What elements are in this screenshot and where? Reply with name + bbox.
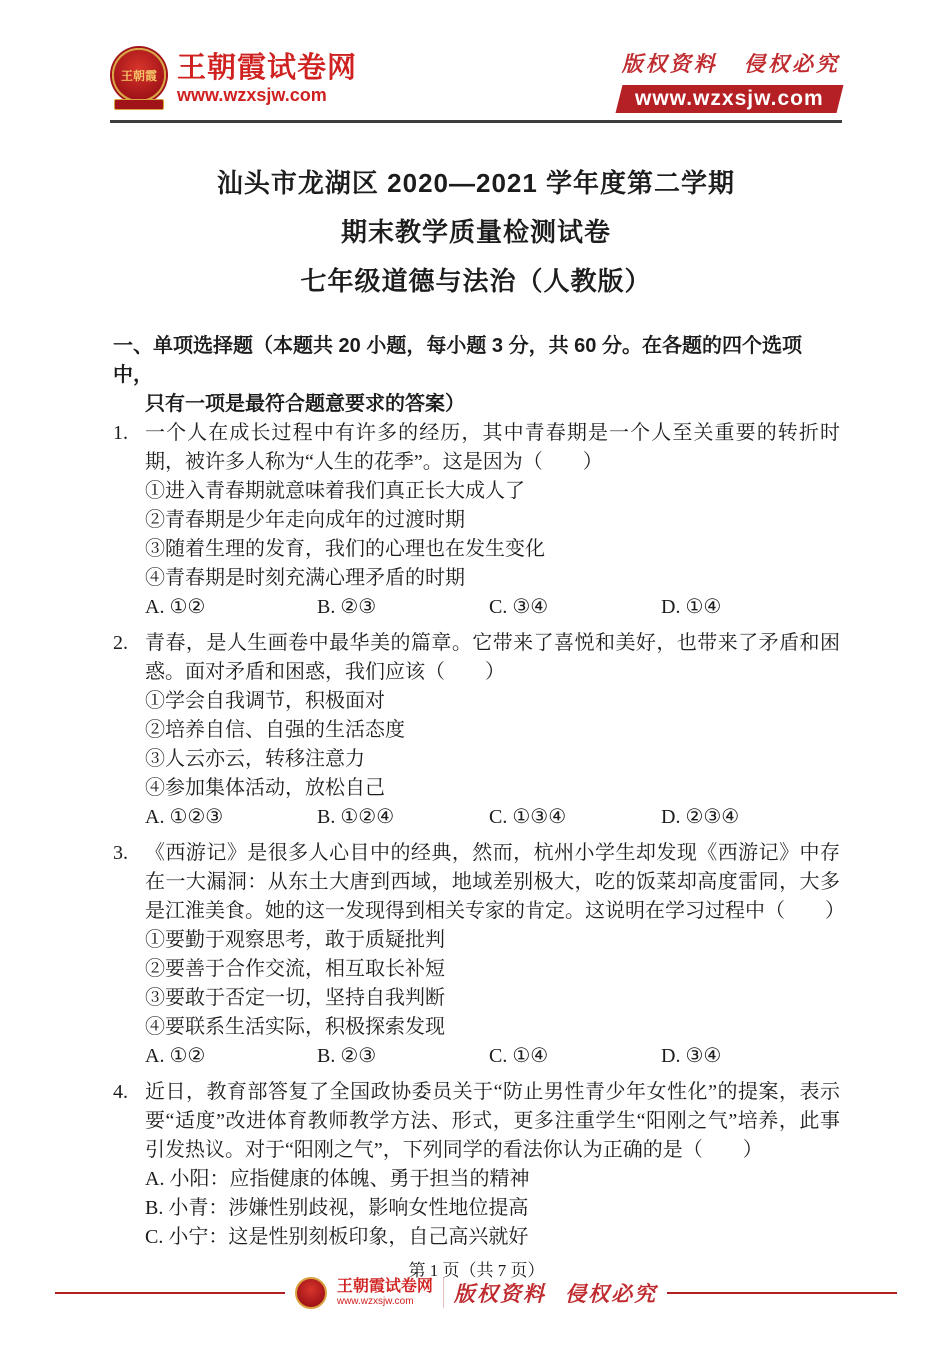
brand-name: 王朝霞试卷网 [177, 53, 357, 83]
question-2-choice-b: B. ①②④ [317, 803, 489, 832]
footer-line-right [667, 1292, 897, 1294]
question-3-item-4: ④要联系生活实际，积极探索发现 [113, 1013, 840, 1042]
question-2-choice-d: D. ②③④ [661, 803, 739, 832]
page-header: 王朝霞 王朝霞试卷网 www.wzxsjw.com 版权资料 侵权必究 www.… [0, 0, 952, 114]
question-3-number: 3. [113, 839, 145, 926]
question-1-choice-a: A. ①② [145, 593, 317, 622]
question-3-choice-d: D. ③④ [661, 1042, 721, 1071]
question-3: 3. 《西游记》是很多人心目中的经典，然而，杭州小学生却发现《西游记》中存在一大… [113, 839, 840, 1071]
question-3-item-1: ①要勤于观察思考，敢于质疑批判 [113, 926, 840, 955]
question-1-choice-d: D. ①④ [661, 593, 721, 622]
question-4-number: 4. [113, 1078, 145, 1165]
footer-divider [443, 1278, 444, 1308]
question-3-item-2: ②要善于合作交流，相互取长补短 [113, 955, 840, 984]
url-banner-text: www.wzxsjw.com [635, 87, 824, 111]
exam-title-line1: 汕头市龙湖区 2020—2021 学年度第二学期 [0, 159, 952, 208]
question-2-item-2: ②培养自信、自强的生活态度 [113, 716, 840, 745]
exam-body: 一、单项选择题（本题共 20 小题，每小题 3 分，共 60 分。在各题的四个选… [0, 306, 952, 1283]
section-heading: 一、单项选择题（本题共 20 小题，每小题 3 分，共 60 分。在各题的四个选… [113, 332, 840, 419]
footer-brand-name: 王朝霞试卷网 [337, 1279, 433, 1295]
question-1-item-3: ③随着生理的发育，我们的心理也在发生变化 [113, 535, 840, 564]
question-4: 4. 近日，教育部答复了全国政协委员关于“防止男性青少年女性化”的提案，表示要“… [113, 1078, 840, 1252]
brand-url: www.wzxsjw.com [177, 86, 357, 105]
question-2-number: 2. [113, 629, 145, 687]
question-3-choices: A. ①② B. ②③ C. ①④ D. ③④ [113, 1042, 840, 1071]
exam-title-line3: 七年级道德与法治（人教版） [0, 257, 952, 306]
footer-brand-bar: 王朝霞试卷网 www.wzxsjw.com 版权资料 侵权必究 [55, 1277, 897, 1309]
question-4-choice-a: A. 小阳：应指健康的体魄、勇于担当的精神 [113, 1165, 840, 1194]
section-heading-line2: 只有一项是最符合题意要求的答案） [113, 390, 840, 419]
exam-title-block: 汕头市龙湖区 2020—2021 学年度第二学期 期末教学质量检测试卷 七年级道… [0, 159, 952, 306]
question-3-stem: 《西游记》是很多人心目中的经典，然而，杭州小学生却发现《西游记》中存在一大漏洞：… [145, 839, 840, 926]
question-2-item-4: ④参加集体活动，放松自己 [113, 774, 840, 803]
brand-badge-ring: 王朝霞 [112, 48, 166, 102]
question-4-choice-b: B. 小青：涉嫌性别歧视，影响女性地位提高 [113, 1194, 840, 1223]
question-3-choice-c: C. ①④ [489, 1042, 661, 1071]
question-2-choice-a: A. ①②③ [145, 803, 317, 832]
question-4-choice-c: C. 小宁：这是性别刻板印象，自己高兴就好 [113, 1223, 840, 1252]
question-1-choices: A. ①② B. ②③ C. ③④ D. ①④ [113, 593, 840, 622]
question-2-item-3: ③人云亦云，转移注意力 [113, 745, 840, 774]
brand-badge-icon: 王朝霞 [110, 48, 168, 110]
footer-copyright-slogan: 版权资料 侵权必究 [454, 1278, 657, 1308]
question-1-number: 1. [113, 419, 145, 477]
section-heading-line1: 一、单项选择题（本题共 20 小题，每小题 3 分，共 60 分。在各题的四个选… [113, 332, 840, 390]
question-1: 1. 一个人在成长过程中有许多的经历，其中青春期是一个人至关重要的转折时期，被许… [113, 419, 840, 622]
question-2-choice-c: C. ①③④ [489, 803, 661, 832]
question-3-choice-b: B. ②③ [317, 1042, 489, 1071]
brand-logo: 王朝霞 王朝霞试卷网 www.wzxsjw.com [110, 48, 357, 110]
question-2-choices: A. ①②③ B. ①②④ C. ①③④ D. ②③④ [113, 803, 840, 832]
question-2-stem: 青春，是人生画卷中最华美的篇章。它带来了喜悦和美好，也带来了矛盾和困惑。面对矛盾… [145, 629, 840, 687]
question-1-stem: 一个人在成长过程中有许多的经历，其中青春期是一个人至关重要的转折时期，被许多人称… [145, 419, 840, 477]
question-3-item-3: ③要敢于否定一切，坚持自我判断 [113, 984, 840, 1013]
exam-paper-page: 王朝霞 王朝霞试卷网 www.wzxsjw.com 版权资料 侵权必究 www.… [0, 0, 952, 1347]
copyright-slogan: 版权资料 侵权必究 [619, 48, 840, 78]
question-1-item-1: ①进入青春期就意味着我们真正长大成人了 [113, 477, 840, 506]
question-1-item-2: ②青春期是少年走向成年的过渡时期 [113, 506, 840, 535]
footer-line-left [55, 1292, 285, 1294]
question-2-item-1: ①学会自我调节，积极面对 [113, 687, 840, 716]
question-1-choice-c: C. ③④ [489, 593, 661, 622]
footer-brand-text: 王朝霞试卷网 www.wzxsjw.com [337, 1279, 433, 1307]
footer-badge-icon [295, 1277, 327, 1309]
question-3-choice-a: A. ①② [145, 1042, 317, 1071]
header-divider [110, 120, 842, 123]
question-1-item-4: ④青春期是时刻充满心理矛盾的时期 [113, 564, 840, 593]
question-2: 2. 青春，是人生画卷中最华美的篇章。它带来了喜悦和美好，也带来了矛盾和困惑。面… [113, 629, 840, 832]
copyright-block: 版权资料 侵权必究 www.wzxsjw.com [619, 48, 840, 113]
footer-brand-url: www.wzxsjw.com [337, 1297, 433, 1307]
brand-text-block: 王朝霞试卷网 www.wzxsjw.com [177, 53, 357, 104]
brand-badge-ribbon [114, 99, 164, 110]
brand-badge-text: 王朝霞 [121, 67, 157, 84]
question-4-stem: 近日，教育部答复了全国政协委员关于“防止男性青少年女性化”的提案，表示要“适度”… [145, 1078, 840, 1165]
url-banner: www.wzxsjw.com [616, 85, 844, 113]
exam-title-line2: 期末教学质量检测试卷 [0, 208, 952, 257]
question-1-choice-b: B. ②③ [317, 593, 489, 622]
